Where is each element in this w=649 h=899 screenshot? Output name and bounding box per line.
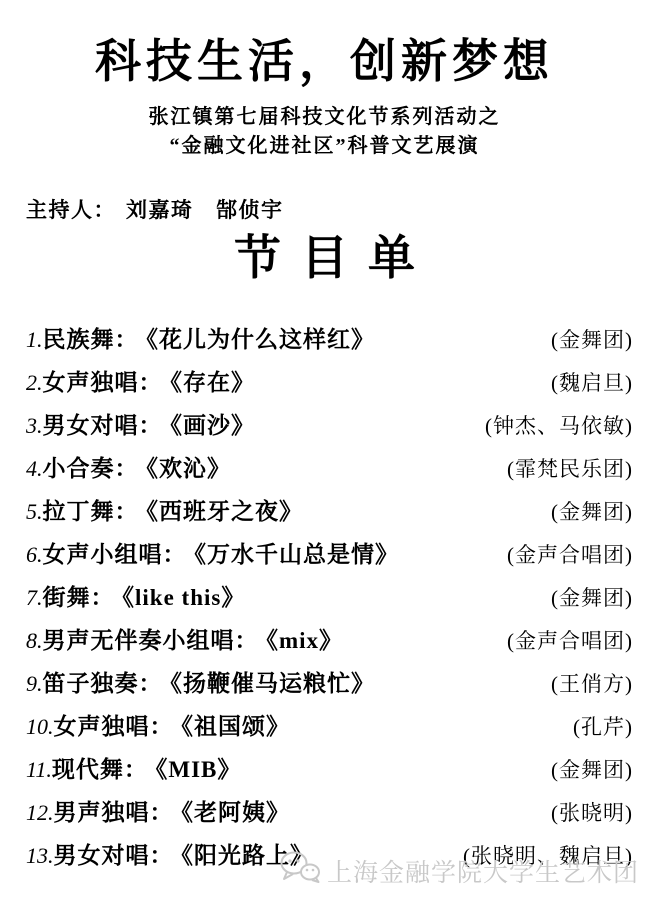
program-item-song: 《mix》 [267, 628, 344, 653]
program-item-text: 2.女声独唱：《存在》 [26, 364, 255, 397]
watermark-text: 上海金融学院大学生艺术团 [327, 853, 639, 889]
program-item-song: 《MIB》 [156, 757, 242, 782]
program-item-song: 《存在》 [171, 370, 256, 395]
program-item-text: 13.男女对唱：《阳光路上》 [26, 837, 314, 870]
program-item-performer: (金声合唱团) [507, 625, 633, 655]
program-item-text: 3.男女对唱：《画沙》 [26, 407, 255, 440]
program-item-song: 《画沙》 [171, 413, 256, 438]
program-item: 12.男声独唱：《老阿姨》 (张晓明) [26, 794, 633, 837]
program-item-number: 4. [26, 456, 43, 481]
program-item-category: 男女对唱： [54, 843, 174, 868]
program-item-performer: (霏梵民乐团) [507, 453, 633, 483]
program-item-performer: (金声合唱团) [507, 539, 633, 569]
program-item-text: 4.小合奏：《欢沁》 [26, 450, 231, 483]
program-item-number: 10. [26, 714, 54, 739]
program-item-text: 11.现代舞：《MIB》 [26, 751, 241, 784]
program-item: 6.女声小组唱：《万水千山总是情》 (金声合唱团) [26, 536, 633, 579]
program-list: 1.民族舞：《花儿为什么这样红》 (金舞团) 2.女声独唱：《存在》 (魏启旦)… [26, 321, 633, 880]
program-item: 1.民族舞：《花儿为什么这样红》 (金舞团) [26, 321, 633, 364]
program-item-performer: (金舞团) [551, 324, 633, 354]
program-item: 4.小合奏：《欢沁》 (霏梵民乐团) [26, 450, 633, 493]
program-item: 3.男女对唱：《画沙》 (钟杰、马依敏) [26, 407, 633, 450]
program-item-song: 《万水千山总是情》 [195, 542, 400, 567]
program-item-category: 女声独唱： [54, 714, 174, 739]
program-item-song: 《西班牙之夜》 [147, 499, 304, 524]
program-item-category: 女声独唱： [43, 370, 163, 395]
program-item-category: 小合奏： [43, 456, 139, 481]
program-item: 8.男声无伴奏小组唱：《mix》 (金声合唱团) [26, 622, 633, 665]
program-item: 9.笛子独奏：《扬鞭催马运粮忙》 (王俏方) [26, 665, 633, 708]
host-line: 主持人：刘嘉琦 郜侦宇 [26, 197, 649, 223]
program-item-category: 女声小组唱： [43, 542, 187, 567]
subtitle-line-2: “金融文化进社区”科普文艺展演 [0, 132, 649, 161]
program-item: 2.女声独唱：《存在》 (魏启旦) [26, 364, 633, 407]
program-item-performer: (金舞团) [551, 496, 633, 526]
program-item-number: 13. [26, 843, 54, 868]
program-item-text: 8.男声无伴奏小组唱：《mix》 [26, 622, 343, 655]
program-item-number: 2. [26, 370, 43, 395]
program-item-text: 5.拉丁舞：《西班牙之夜》 [26, 493, 303, 526]
program-item-performer: (钟杰、马依敏) [485, 410, 633, 440]
program-item-number: 7. [26, 585, 43, 610]
program-item-category: 现代舞： [52, 757, 148, 782]
program-item-text: 9.笛子独奏：《扬鞭催马运粮忙》 [26, 665, 375, 698]
host-names: 刘嘉琦 郜侦宇 [126, 198, 284, 222]
program-item-number: 11. [26, 757, 52, 782]
program-item-performer: (金舞团) [551, 754, 633, 784]
program-item-number: 1. [26, 327, 43, 352]
program-item-song: 《老阿姨》 [182, 800, 291, 825]
program-item-number: 6. [26, 542, 43, 567]
program-item-performer: (孔芹) [573, 711, 633, 741]
program-item-category: 笛子独奏： [43, 671, 163, 696]
program-item-category: 拉丁舞： [43, 499, 139, 524]
program-item-category: 男女对唱： [43, 413, 163, 438]
program-item-song: 《花儿为什么这样红》 [147, 327, 376, 352]
program-item-song: 《扬鞭催马运粮忙》 [171, 671, 376, 696]
program-item-text: 10.女声独唱：《祖国颂》 [26, 708, 290, 741]
program-item-performer: (魏启旦) [551, 367, 633, 397]
watermark: 上海金融学院大学生艺术团 [279, 850, 639, 891]
program-item-song: 《祖国颂》 [182, 714, 291, 739]
program-item-performer: (金舞团) [551, 582, 633, 612]
program-item-category: 民族舞： [43, 327, 139, 352]
program-item-text: 7.街舞：《like this》 [26, 579, 245, 612]
section-title: 节目单 [0, 231, 649, 287]
program-item-text: 1.民族舞：《花儿为什么这样红》 [26, 321, 375, 354]
program-item: 11.现代舞：《MIB》 (金舞团) [26, 751, 633, 794]
program-item-number: 3. [26, 413, 43, 438]
program-item-text: 6.女声小组唱：《万水千山总是情》 [26, 536, 399, 569]
program-item-number: 5. [26, 499, 43, 524]
program-item-song: 《欢沁》 [147, 456, 232, 481]
program-item: 10.女声独唱：《祖国颂》 (孔芹) [26, 708, 633, 751]
program-item-performer: (张晓明) [551, 797, 633, 827]
program-item-category: 街舞： [43, 585, 115, 610]
subtitle-line-1: 张江镇第七届科技文化节系列活动之 [0, 103, 649, 132]
program-item-number: 12. [26, 800, 54, 825]
program-item-song: 《like this》 [123, 585, 246, 610]
program-item: 7.街舞：《like this》 (金舞团) [26, 579, 633, 622]
program-item-text: 12.男声独唱：《老阿姨》 [26, 794, 290, 827]
wechat-icon [279, 850, 321, 891]
program-item-number: 9. [26, 671, 43, 696]
program-item-category: 男声无伴奏小组唱： [43, 628, 259, 653]
program-item-performer: (王俏方) [551, 668, 633, 698]
host-label: 主持人： [26, 198, 116, 222]
program-item-category: 男声独唱： [54, 800, 174, 825]
program-item: 5.拉丁舞：《西班牙之夜》 (金舞团) [26, 493, 633, 536]
program-item-number: 8. [26, 628, 43, 653]
page-title: 科技生活，创新梦想 [0, 34, 649, 89]
